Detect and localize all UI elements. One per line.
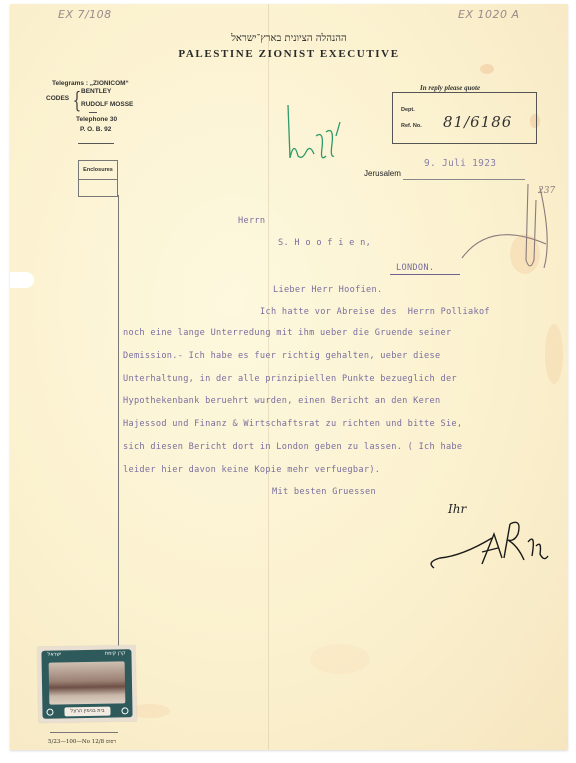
letter-page: EX 7/108 EX 1020 A ההנהלה הציונית בארץ־י… — [10, 4, 568, 750]
reference-box: Dept. Ref. No. 81/6186 — [392, 92, 537, 144]
stain — [545, 324, 563, 384]
body-line-4: Unterhaltung, in der alle prinzipiellen … — [123, 374, 457, 384]
ref-no-label: Ref. No. — [401, 123, 422, 129]
postage-stamp: ישראל קרן קימת בית בנימין הרצל — [37, 645, 136, 723]
letter-date: 9. Juli 1923 — [424, 158, 496, 169]
code-bentley: BENTLEY — [81, 88, 111, 95]
body-line-8: leider hier davon keine Kopie mehr verfu… — [123, 465, 380, 475]
stain — [480, 64, 494, 74]
telephone: Telephone 30 — [76, 116, 117, 123]
telegrams-line: Telegrams : „ZIONICOM“ — [52, 80, 129, 87]
city-underline — [390, 274, 460, 275]
archive-note-right: EX 1020 A — [458, 8, 520, 21]
dept-label: Dept. — [401, 107, 415, 113]
stamp-building-image — [49, 661, 126, 704]
enclosures-box: Enclosures — [78, 160, 118, 197]
stamp-caption: בית בנימין הרצל — [64, 707, 110, 717]
printer-note: 5/23—100—No 12/8 דפוס — [48, 739, 116, 745]
stamp-ornament — [46, 709, 53, 716]
body-line-5: Hypothekenbank beruehrt wurden, einen Be… — [123, 396, 440, 406]
organization-name: PALESTINE ZIONIST EXECUTIVE — [10, 48, 568, 60]
annotation-number: 237 — [538, 186, 555, 196]
green-initials-mark — [280, 100, 350, 170]
stamp-frame: ישראל קרן קימת בית בנימין הרצל — [41, 649, 132, 719]
greeting: Lieber Herr Hoofien. — [273, 285, 382, 295]
margin-rule — [118, 195, 119, 665]
punch-hole — [10, 272, 34, 288]
recipient-city: LONDON. — [396, 263, 434, 273]
divider — [89, 112, 97, 113]
closing: Mit besten Gruessen — [272, 487, 376, 497]
stain — [310, 644, 370, 674]
reply-quote-label: In reply please quote — [420, 84, 480, 92]
signature — [422, 512, 552, 582]
code-rudolf-mosse: RUDOLF MOSSE — [81, 101, 133, 108]
stamp-text-left: ישראל — [47, 651, 61, 657]
ref-number-handwritten: 81/6186 — [443, 113, 512, 131]
codes-label: CODES — [46, 95, 69, 102]
archive-note-left: EX 7/108 — [58, 8, 112, 21]
brace-symbol: { — [73, 91, 81, 113]
ornament-rule — [78, 143, 114, 144]
body-line-7: sich diesen Bericht dort in London geben… — [123, 442, 462, 452]
body-line-2: noch eine lange Unterredung mit ihm uebe… — [123, 328, 451, 338]
recipient-name: S. H o o f i e n, — [278, 238, 371, 248]
body-line-6: Hajessod und Finanz & Wirtschaftsrat zu … — [123, 419, 462, 429]
stamp-text-right: קרן קימת — [105, 650, 126, 656]
body-line-3: Demission.- Ich habe es fuer richtig geh… — [123, 351, 440, 361]
body-line-1: Ich hatte vor Abreise des Herrn Polliako… — [260, 307, 490, 317]
stamp-ornament — [121, 707, 128, 714]
salutation-prefix: Herrn — [238, 216, 265, 226]
place-label: Jerusalem — [364, 169, 401, 178]
enclosures-label: Enclosures — [79, 161, 117, 180]
hebrew-letterhead: ההנהלה הציונית בארץ־ישראל — [10, 33, 568, 44]
printer-rule — [50, 732, 118, 733]
po-box: P. O. B. 92 — [80, 126, 111, 133]
